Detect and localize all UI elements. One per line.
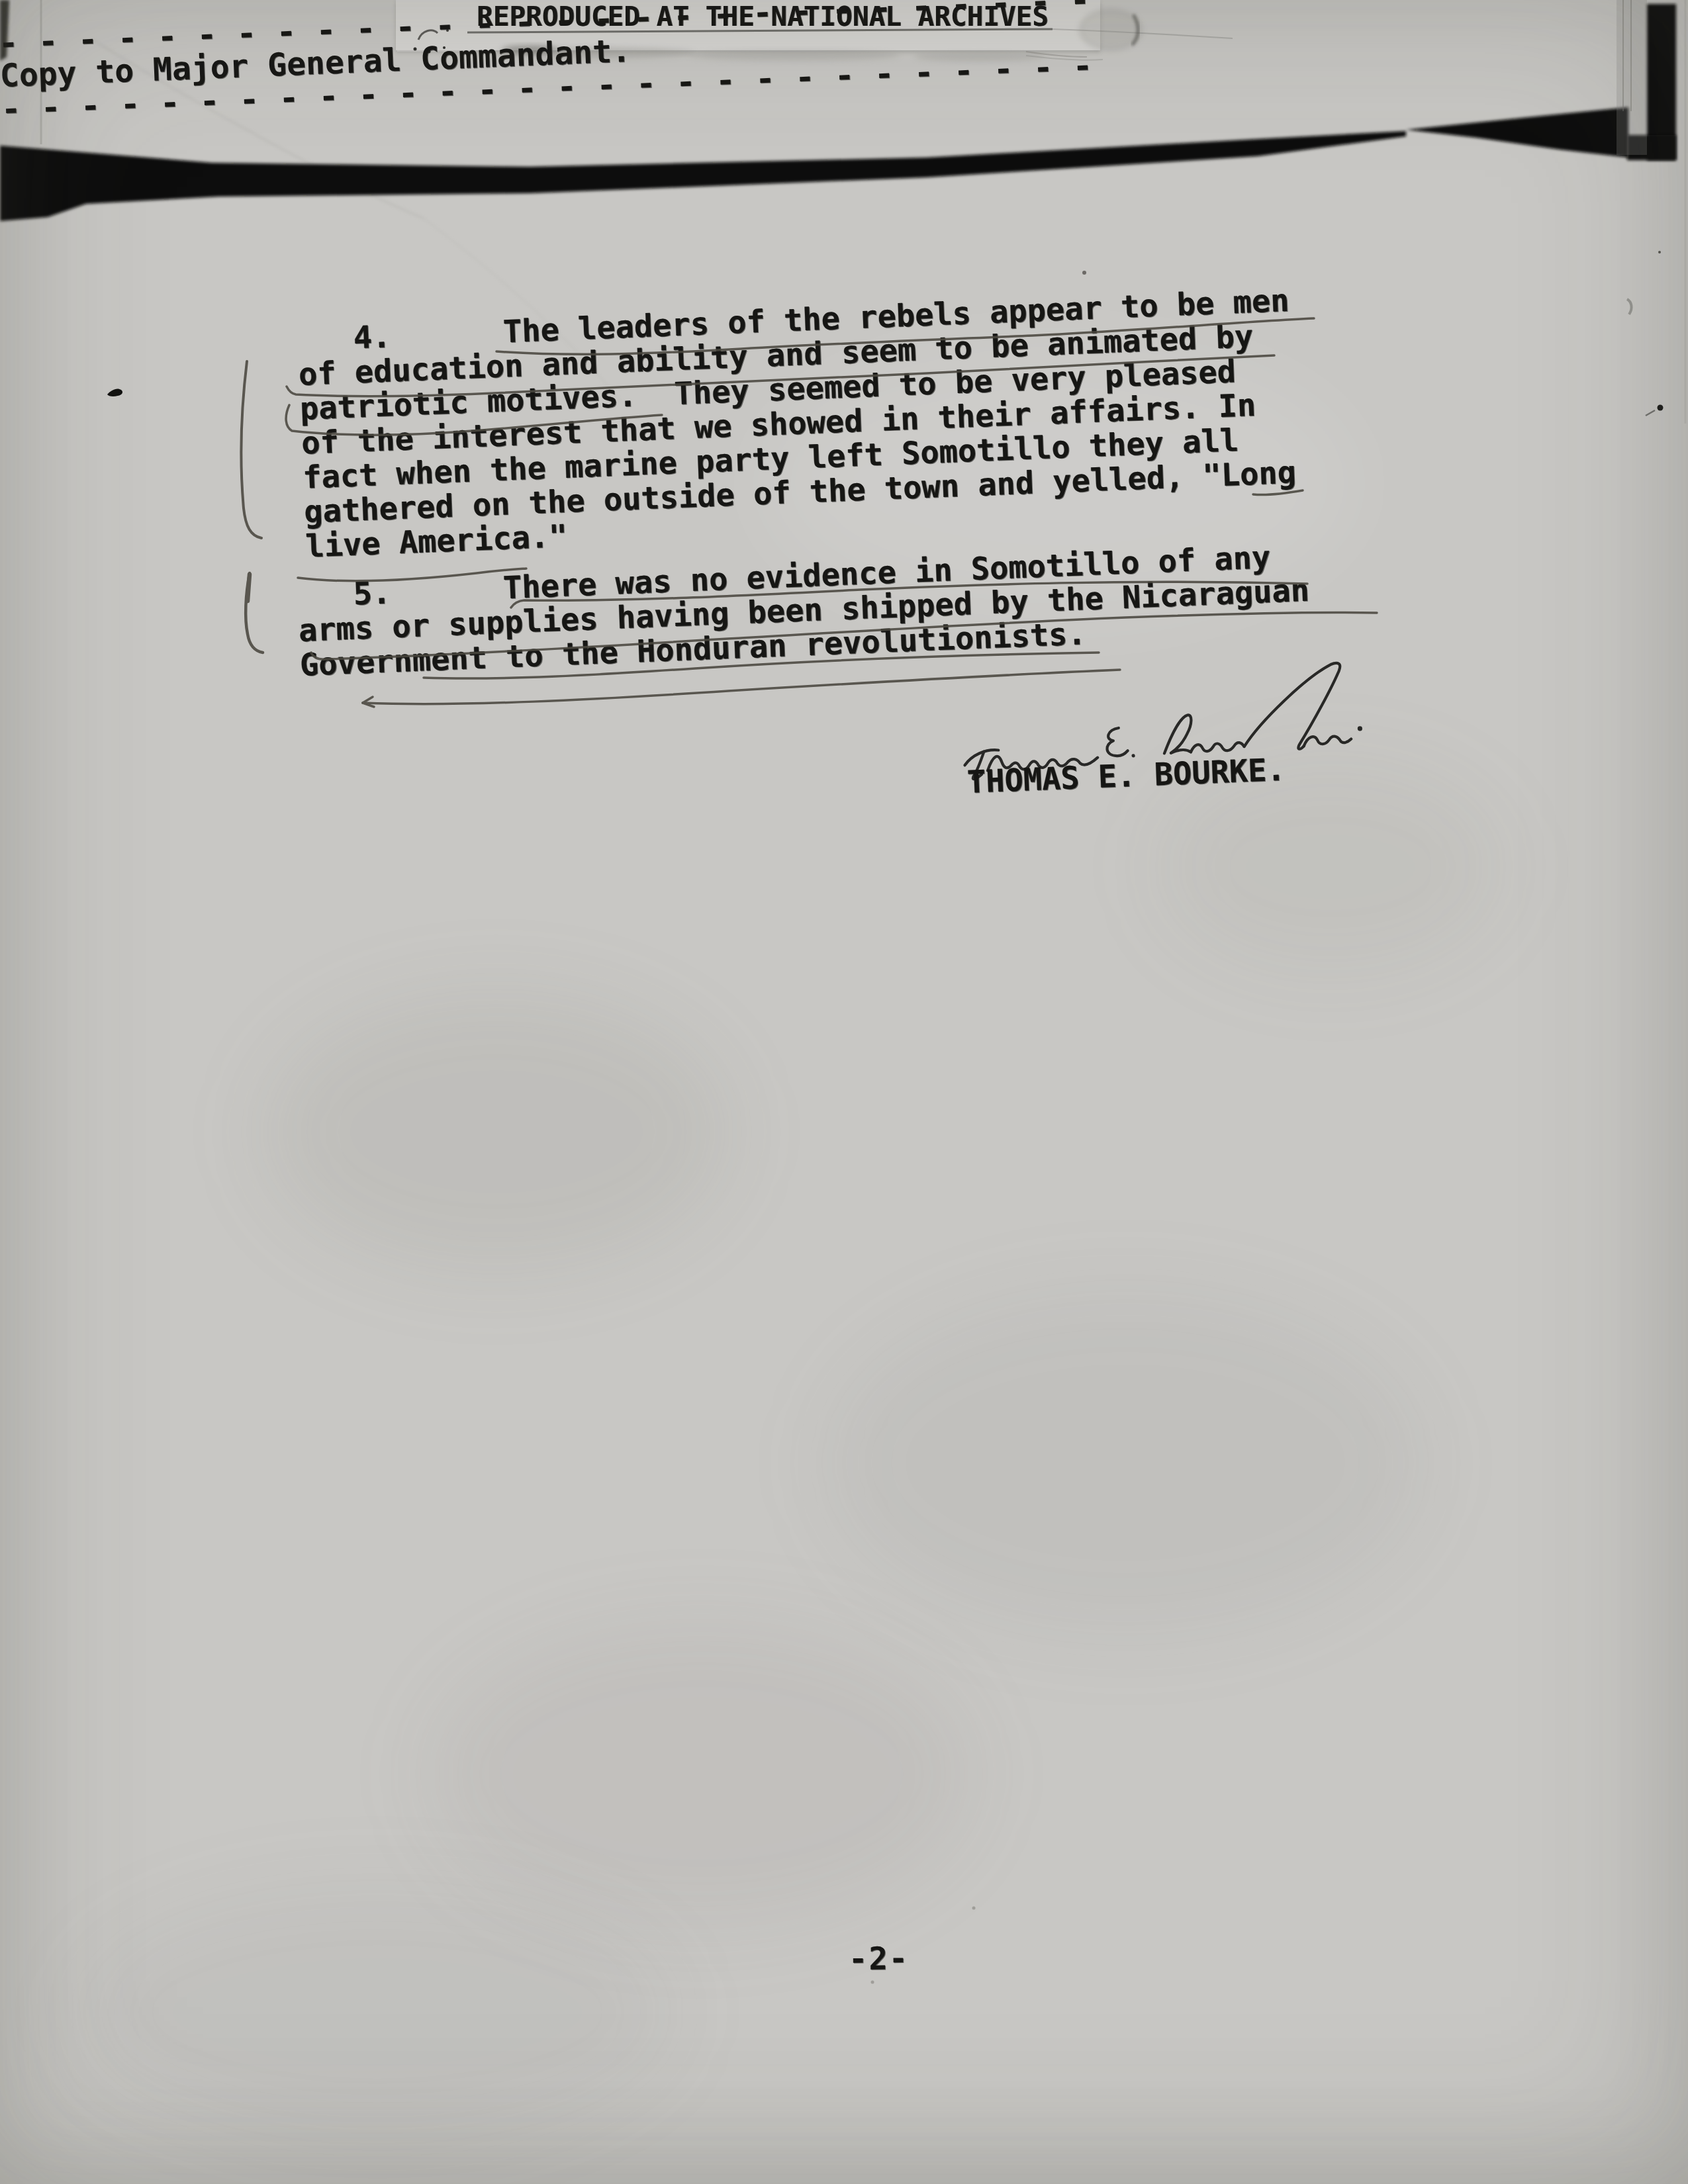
ink-speck — [972, 1907, 976, 1910]
paper-stain — [827, 1291, 1423, 1635]
ink-speck — [1658, 405, 1664, 411]
margin-mark-paragraph-5 — [246, 573, 263, 653]
scan-edge-bar-nub — [1627, 135, 1676, 160]
paragraph-4: 4. The leaders of the rebels appear to b… — [297, 284, 1298, 565]
scan-edge-bar — [1647, 4, 1676, 160]
document-page: REPRODUCED AT THE NATIONAL ARCHIVES — [0, 0, 1688, 2184]
scan-edge-shade — [1617, 0, 1647, 155]
page-number-text: -2- — [849, 1942, 909, 1977]
scan-fold-band-right — [1406, 107, 1628, 158]
signature-dot — [1131, 754, 1135, 757]
ink-speck — [1658, 251, 1661, 253]
signature-stroke — [1162, 715, 1193, 753]
ink-speck — [871, 1981, 874, 1984]
paper-stain — [430, 1621, 973, 1926]
ink-speck — [1082, 271, 1086, 275]
signature-stroke — [1303, 735, 1352, 746]
paper-stain — [79, 1886, 675, 2138]
distribution-note: - - - - - - - - - - - - - - - - - - - - … — [0, 0, 1127, 155]
ring-stain-arc — [1132, 15, 1138, 45]
pencil-arrow-tip — [363, 697, 373, 703]
margin-mark-thick-top — [248, 574, 250, 601]
ink-blob — [107, 388, 122, 396]
pencil-comma — [1627, 299, 1632, 314]
pencil-arrow-tip — [363, 703, 374, 707]
signature-period — [1358, 726, 1363, 731]
margin-mark-paragraph-4 — [242, 361, 261, 538]
signature-stroke — [1190, 742, 1244, 752]
paper-stain — [265, 993, 728, 1271]
ink-speck-tail — [1646, 410, 1655, 416]
paper-stain — [1158, 761, 1503, 973]
page-number: -2- — [849, 1942, 909, 1977]
signature-stroke — [1106, 727, 1128, 756]
